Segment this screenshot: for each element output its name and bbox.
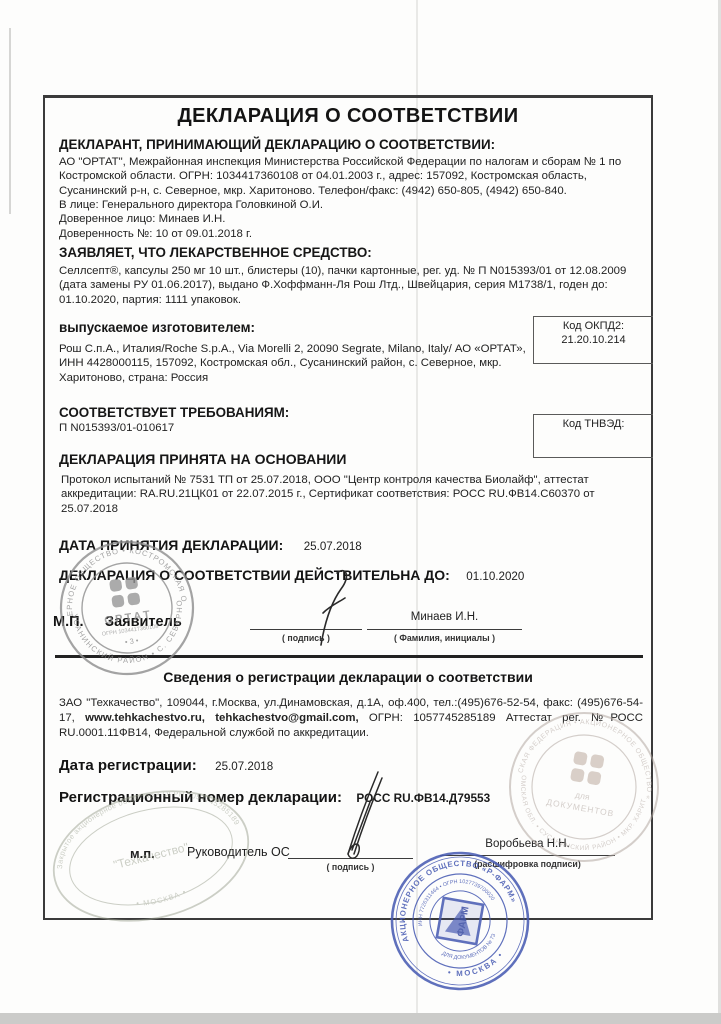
tnved-code-box: Код ТНВЭД:: [533, 414, 653, 458]
mp-mark-1: М.П.: [53, 614, 84, 630]
valid-until-value: 01.10.2020: [466, 570, 524, 583]
registration-email: tehkachestvo@gmail.com,: [215, 712, 358, 724]
scan-edge-left: [9, 28, 11, 214]
page-title: ДЕКЛАРАЦИЯ О СООТВЕТСТВИИ: [45, 105, 651, 128]
svg-text:ДЛЯ ДОКУМЕНТОВ № 73: ДЛЯ ДОКУМЕНТОВ № 73: [439, 932, 502, 969]
registration-body: ЗАО "Техкачество", 109044, г.Москва, ул.…: [59, 696, 643, 740]
tnved-label: Код ТНВЭД:: [534, 417, 653, 431]
acceptance-date-row: ДАТА ПРИНЯТИЯ ДЕКЛАРАЦИИ: 25.07.2018: [59, 537, 362, 555]
reg-number-value: РОСС RU.ФВ14.Д79553: [356, 791, 490, 805]
svg-text:• МОСКВА •: • МОСКВА •: [444, 948, 508, 985]
signatory1-name: Минаев И.Н.: [367, 611, 522, 623]
signature-caption-2: ( подпись ): [288, 862, 413, 872]
reg-date-label: Дата регистрации:: [59, 757, 197, 774]
okpd-label: Код ОКПД2:: [534, 319, 653, 333]
acceptance-date-label: ДАТА ПРИНЯТИЯ ДЕКЛАРАЦИИ:: [59, 537, 283, 553]
signatory2-name: Воробьева Н.Н.: [440, 838, 615, 850]
reg-date-value: 25.07.2018: [215, 760, 273, 773]
scan-bottom-strip: [0, 1013, 721, 1024]
manufacturer-body: Рош С.п.А., Италия/Roche S.p.A., Via Mor…: [59, 342, 527, 385]
mp-mark-2: м.п.: [130, 846, 155, 861]
valid-until-row: ДЕКЛАРАЦИЯ О СООТВЕТСТВИИ ДЕЙСТВИТЕЛЬНА …: [59, 567, 524, 585]
name-line-2: [440, 855, 615, 856]
okpd-code-box: Код ОКПД2: 21.20.10.214: [533, 316, 653, 364]
declarant-heading: ДЕКЛАРАНТ, ПРИНИМАЮЩИЙ ДЕКЛАРАЦИЮ О СООТ…: [59, 137, 495, 152]
declarant-body: АО "ОРТАТ", Межрайонная инспекция Минист…: [59, 155, 645, 241]
name-line-1: [367, 629, 522, 630]
reg-number-row: Регистрационный номер декларации: РОСС R…: [59, 789, 490, 807]
applicant-role: Заявитель: [105, 614, 182, 630]
declaration-frame: ДЕКЛАРАЦИЯ О СООТВЕТСТВИИ ДЕКЛАРАНТ, ПРИ…: [43, 95, 653, 920]
rpharm-stamp-inner-bottom: ДЛЯ ДОКУМЕНТОВ № 73: [439, 932, 502, 969]
rpharm-stamp-outer-bottom: • МОСКВА •: [444, 948, 508, 985]
product-body: Селлсепт®, капсулы 250 мг 10 шт., блисте…: [59, 264, 645, 307]
signature-line-1: [250, 629, 362, 630]
scanned-declaration-page: ДЕКЛАРАЦИЯ О СООТВЕТСТВИИ ДЕКЛАРАНТ, ПРИ…: [0, 0, 721, 1024]
signature-line-2: [288, 858, 413, 859]
basis-body: Протокол испытаний № 7531 ТП от 25.07.20…: [61, 473, 627, 516]
os-head-role: Руководитель ОС: [187, 845, 290, 859]
okpd-value: 21.20.10.214: [534, 333, 653, 347]
product-heading: ЗАЯВЛЯЕТ, ЧТО ЛЕКАРСТВЕННОЕ СРЕДСТВО:: [59, 245, 372, 260]
acceptance-date-value: 25.07.2018: [304, 540, 362, 553]
valid-until-label: ДЕКЛАРАЦИЯ О СООТВЕТСТВИИ ДЕЙСТВИТЕЛЬНА …: [59, 567, 450, 583]
signature-caption-1: ( подпись ): [250, 633, 362, 643]
section-divider: [55, 655, 643, 658]
registration-heading: Сведения о регистрации декларации о соот…: [45, 669, 651, 685]
reg-date-row: Дата регистрации: 25.07.2018: [59, 757, 273, 775]
name-caption-1: ( Фамилия, инициалы ): [367, 633, 522, 643]
registration-site: www.tehkachestvo.ru,: [85, 712, 205, 724]
requirements-heading: СООТВЕТСТВУЕТ ТРЕБОВАНИЯМ:: [59, 405, 289, 420]
basis-heading: ДЕКЛАРАЦИЯ ПРИНЯТА НА ОСНОВАНИИ: [59, 451, 346, 467]
reg-number-label: Регистрационный номер декларации:: [59, 789, 342, 806]
name-caption-2: (расшифровка подписи): [440, 859, 615, 869]
requirements-value: П N015393/01-010617: [59, 421, 174, 435]
manufacturer-heading: выпускаемое изготовителем:: [59, 320, 255, 335]
